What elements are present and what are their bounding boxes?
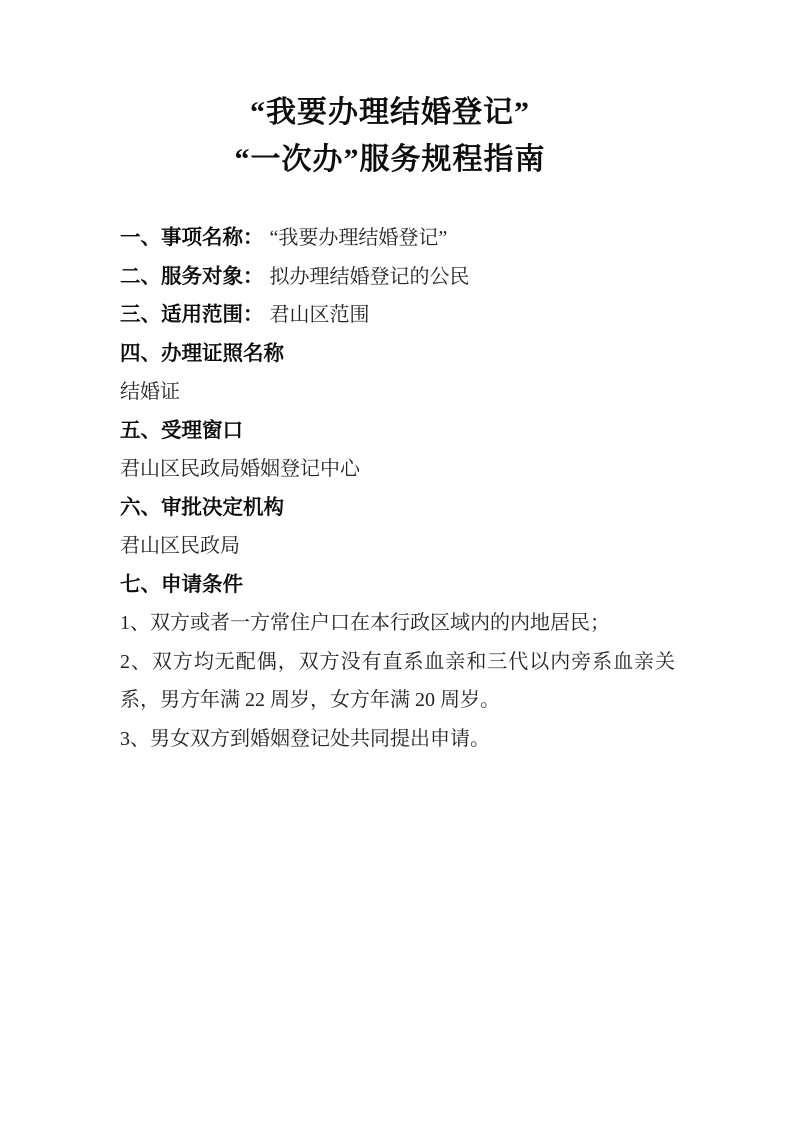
section-heading-acceptance-window: 五、受理窗口 [120, 412, 675, 451]
section-body-acceptance-window: 君山区民政局婚姻登记中心 [120, 450, 675, 489]
field-value-service-target: 拟办理结婚登记的公民 [270, 266, 470, 288]
field-label-applicable-scope: 三、适用范围： [120, 303, 264, 326]
title-line-2: “一次办”服务规程指南 [105, 136, 675, 183]
condition-2: 2、双方均无配偶，双方没有直系血亲和三代以内旁系血亲关系，男方年满 22 周岁，… [120, 643, 675, 720]
condition-1: 1、双方或者一方常住户口在本行政区域内的内地居民； [120, 604, 675, 643]
section-body-certificate-name: 结婚证 [120, 373, 675, 412]
field-applicable-scope: 三、适用范围：君山区范围 [120, 296, 675, 335]
document-body: 一、事项名称：“我要办理结婚登记” 二、服务对象：拟办理结婚登记的公民 三、适用… [120, 219, 675, 758]
document-page: “我要办理结婚登记” “一次办”服务规程指南 一、事项名称：“我要办理结婚登记”… [0, 0, 793, 1122]
field-value-applicable-scope: 君山区范围 [270, 304, 370, 326]
document-title: “我要办理结婚登记” “一次办”服务规程指南 [105, 89, 675, 183]
section-body-approval-authority: 君山区民政局 [120, 527, 675, 566]
section-heading-approval-authority: 六、审批决定机构 [120, 489, 675, 528]
title-line-1: “我要办理结婚登记” [105, 89, 675, 136]
field-value-item-name: “我要办理结婚登记” [270, 227, 448, 249]
field-label-service-target: 二、服务对象： [120, 265, 264, 288]
field-item-name: 一、事项名称：“我要办理结婚登记” [120, 219, 675, 258]
field-service-target: 二、服务对象：拟办理结婚登记的公民 [120, 258, 675, 297]
field-label-item-name: 一、事项名称： [120, 226, 264, 249]
condition-3: 3、男女双方到婚姻登记处共同提出申请。 [120, 720, 675, 759]
section-heading-certificate-name: 四、办理证照名称 [120, 335, 675, 374]
section-heading-application-conditions: 七、申请条件 [120, 566, 675, 605]
